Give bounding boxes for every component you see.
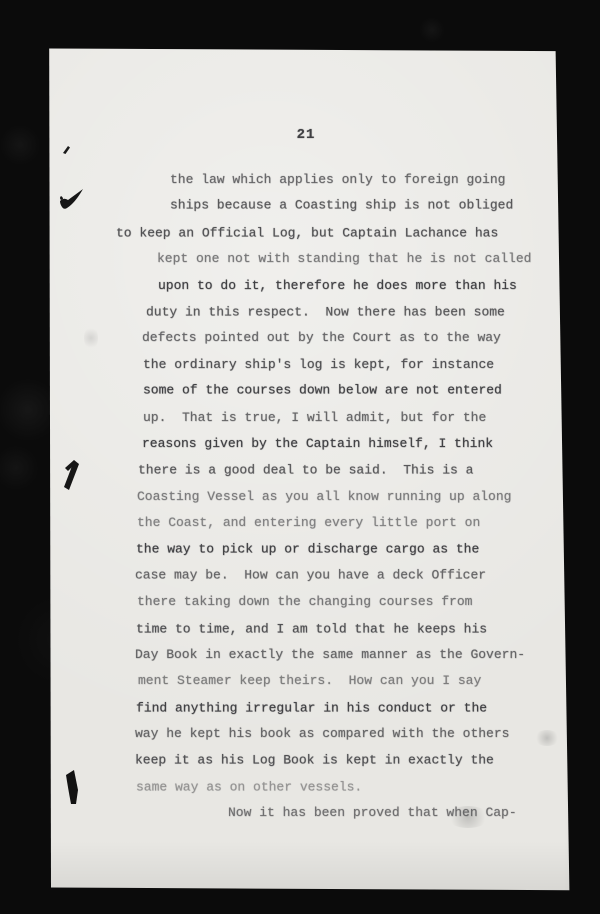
text-line: Now it has been proved that when Cap- (115, 800, 555, 826)
text-line: way he kept his book as compared with th… (115, 721, 555, 747)
text-line: Day Book in exactly the same manner as t… (115, 642, 555, 668)
bird-shaped-ink-mark (59, 188, 87, 216)
paper-smudge (84, 326, 98, 350)
text-line: reasons given by the Captain himself, I … (115, 431, 555, 457)
text-line: ships because a Coasting ship is not obl… (115, 193, 555, 219)
text-line: keep it as his Log Book is kept in exact… (115, 747, 555, 773)
text-line: there is a good deal to be said. This is… (116, 458, 556, 484)
text-line: duty in this respect. Now there has been… (116, 299, 556, 325)
wedge-tear-mark (64, 770, 80, 806)
text-line: the law which applies only to foreign go… (115, 167, 555, 193)
text-line: the ordinary ship's log is kept, for ins… (115, 352, 555, 378)
check-shaped-ink-mark (61, 460, 81, 492)
text-line: case may be. How can you have a deck Off… (115, 562, 555, 588)
text-line: upon to do it, therefore he does more th… (115, 273, 555, 299)
text-line: kept one not with standing that he is no… (115, 246, 555, 272)
text-line: ment Steamer keep theirs. How can you I … (115, 668, 555, 694)
text-line: defects pointed out by the Court as to t… (115, 325, 555, 351)
text-line: time to time, and I am told that he keep… (116, 616, 556, 642)
page-number: 21 (276, 127, 336, 143)
text-line: the way to pick up or discharge cargo as… (116, 537, 556, 563)
text-line: same way as on other vessels. (116, 774, 556, 800)
typewritten-text: the law which applies only to foreign go… (115, 167, 555, 827)
text-line: there taking down the changing courses f… (115, 589, 555, 615)
text-line: the Coast, and entering every little por… (115, 510, 555, 536)
text-line: some of the courses down below are not e… (115, 378, 555, 404)
text-line: to keep an Official Log, but Captain Lac… (116, 220, 556, 246)
text-line: up. That is true, I will admit, but for … (115, 405, 555, 431)
ink-speck-mark (62, 145, 72, 155)
text-line: find anything irregular in his conduct o… (116, 695, 556, 721)
text-line: Coasting Vessel as you all know running … (115, 484, 555, 510)
scan-background: 21 the law which applies only to foreign… (0, 0, 600, 914)
